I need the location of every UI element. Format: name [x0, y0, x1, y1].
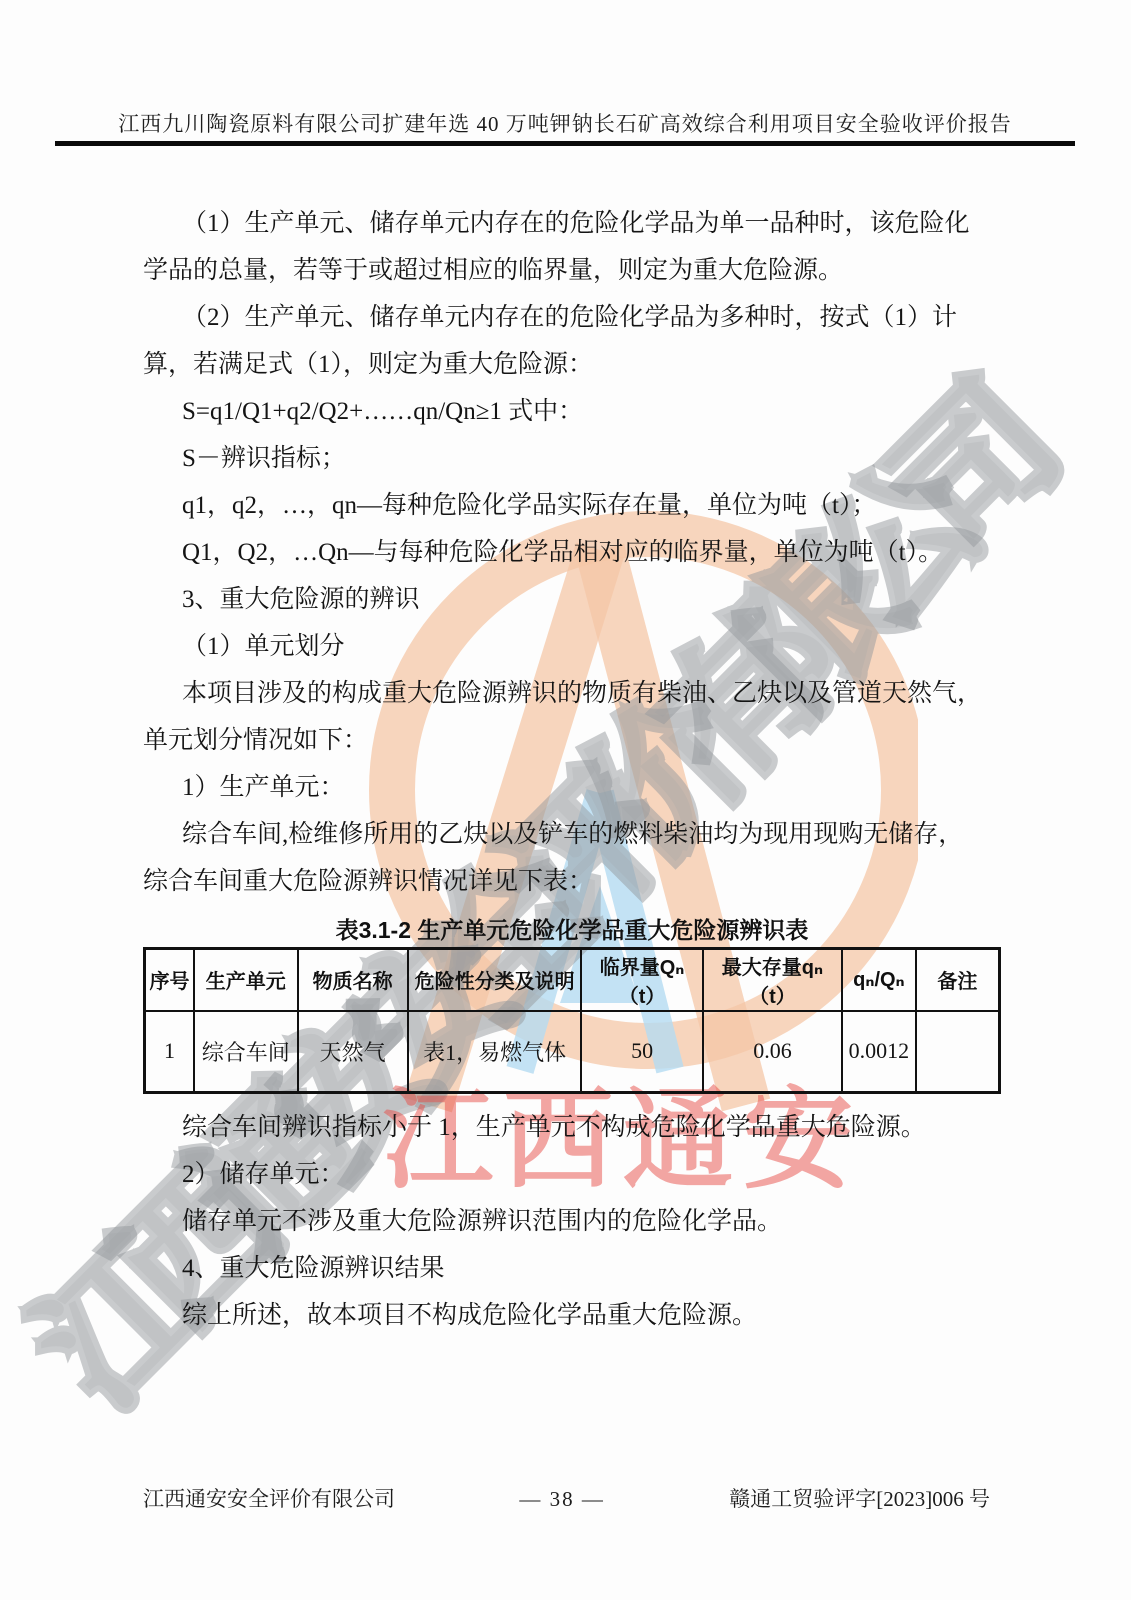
body-line-formula: Q1，Q2，…Qn—与每种危险化学品相对应的临界量，单位为吨（t）。	[143, 529, 1003, 576]
cell-ratio: 0.0012	[842, 1011, 916, 1093]
table-title: 表3.1-2 生产单元危险化学品重大危险源辨识表	[143, 912, 1001, 945]
col-header-index: 序号	[145, 949, 195, 1011]
body-line: （1）生产单元、储存单元内存在的危险化学品为单一品种时，该危险化	[143, 200, 1003, 247]
cell-threshold: 50	[581, 1011, 702, 1093]
body-line-heading: 2）储存单元：	[143, 1151, 1003, 1198]
body-line-heading: 1）生产单元：	[143, 764, 1003, 811]
body-line-heading: （1）单元划分	[143, 623, 1003, 670]
cell-unit: 综合车间	[194, 1011, 297, 1093]
cell-substance: 天然气	[298, 1011, 408, 1093]
body-line: 综合车间,检维修所用的乙炔以及铲车的燃料柴油均为现用现购无储存，	[143, 811, 1003, 858]
body-line-formula: q1，q2，…，qn—每种危险化学品实际存在量，单位为吨（t）；	[143, 482, 1003, 529]
body-text-block-a: （1）生产单元、储存单元内存在的危险化学品为单一品种时，该危险化 学品的总量，若…	[143, 200, 1003, 905]
col-header-remarks: 备注	[916, 949, 1000, 1011]
body-line: 综合车间重大危险源辨识情况详见下表：	[143, 858, 1003, 905]
page-header-title: 江西九川陶瓷原料有限公司扩建年选 40 万吨钾钠长石矿高效综合利用项目安全验收评…	[55, 108, 1075, 138]
cell-index: 1	[145, 1011, 195, 1093]
page-footer: 江西通安安全评价有限公司 — 38 — 赣通工贸验评字[2023]006 号	[143, 1483, 990, 1513]
body-line: （2）生产单元、储存单元内存在的危险化学品为多种时，按式（1）计	[143, 294, 1003, 341]
report-page: 江西通安安全评价有限公司 江西通安 江西九川陶瓷原料有限公司扩建年选 40 万吨…	[0, 0, 1131, 1600]
body-line: 本项目涉及的构成重大危险源辨识的物质有柴油、乙炔以及管道天然气，	[143, 670, 1003, 717]
body-line: 储存单元不涉及重大危险源辨识范围内的危险化学品。	[143, 1198, 1003, 1245]
hazard-identification-table: 序号 生产单元 物质名称 危险性分类及说明 临界量Qₙ（t） 最大存量qₙ（t）…	[143, 947, 1001, 1094]
body-line: 综上所述，故本项目不构成危险化学品重大危险源。	[143, 1292, 1003, 1339]
col-header-substance: 物质名称	[298, 949, 408, 1011]
body-line: 算，若满足式（1），则定为重大危险源：	[143, 341, 1003, 388]
body-line-formula: S－辨识指标；	[143, 435, 1003, 482]
col-header-threshold: 临界量Qₙ（t）	[581, 949, 702, 1011]
footer-doc-number: 赣通工贸验评字[2023]006 号	[729, 1483, 990, 1513]
col-header-max-storage: 最大存量qₙ（t）	[703, 949, 842, 1011]
body-line-heading: 4、重大危险源辨识结果	[143, 1245, 1003, 1292]
footer-company: 江西通安安全评价有限公司	[143, 1483, 395, 1513]
body-line: 学品的总量，若等于或超过相应的临界量，则定为重大危险源。	[143, 247, 1003, 294]
cell-remarks	[916, 1011, 1000, 1093]
cell-class: 表1，易燃气体	[408, 1011, 582, 1093]
body-line-heading: 3、重大危险源的辨识	[143, 576, 1003, 623]
col-header-class: 危险性分类及说明	[408, 949, 582, 1011]
footer-page-number: — 38 —	[519, 1487, 605, 1512]
table-header-row: 序号 生产单元 物质名称 危险性分类及说明 临界量Qₙ（t） 最大存量qₙ（t）…	[145, 949, 1000, 1011]
col-header-ratio: qₙ/Qₙ	[842, 949, 916, 1011]
body-line: 单元划分情况如下：	[143, 717, 1003, 764]
body-line-formula: S=q1/Q1+q2/Q2+……qn/Qn≥1 式中：	[143, 388, 1003, 435]
body-line: 综合车间辨识指标小于 1，生产单元不构成危险化学品重大危险源。	[143, 1104, 1003, 1151]
body-text-block-b: 综合车间辨识指标小于 1，生产单元不构成危险化学品重大危险源。 2）储存单元： …	[143, 1104, 1003, 1339]
table-row: 1 综合车间 天然气 表1，易燃气体 50 0.06 0.0012	[145, 1011, 1000, 1093]
col-header-unit: 生产单元	[194, 949, 297, 1011]
cell-max-storage: 0.06	[703, 1011, 842, 1093]
header-rule	[55, 141, 1075, 146]
